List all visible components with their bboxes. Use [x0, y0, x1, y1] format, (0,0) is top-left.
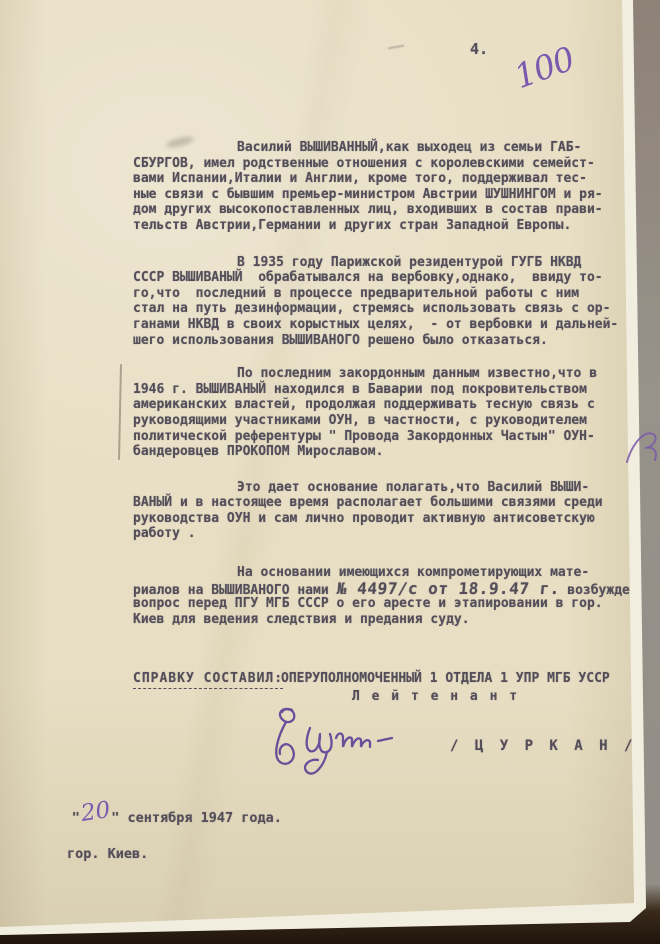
scanned-document: 4. 100 Василий ВЫШИВАННЫЙ,как выходец из… — [0, 0, 660, 944]
text-line: вами Испании,Италии и Англии, кроме того… — [133, 171, 633, 187]
handwritten-day: 20 — [79, 797, 112, 827]
text-line: Василий ВЫШИВАННЫЙ,как выходец из семьи … — [133, 140, 633, 156]
document-page: 4. 100 Василий ВЫШИВАННЫЙ,как выходец из… — [0, 0, 660, 944]
dateline: "20" сентября 1947 года. гор. Киев. — [23, 786, 282, 894]
text-line: работу . — [133, 526, 633, 542]
text-line: Это дает основание полагать,что Василий … — [133, 480, 633, 496]
month-year: сентября 1947 года. — [119, 810, 282, 826]
paragraph: В 1935 году Парижской резидентурой ГУГБ … — [133, 255, 633, 349]
text-line: дом других высокопоставленных лиц, входи… — [133, 202, 633, 218]
text-line: 1946 г. ВЫШИВАНЫЙ находился в Баварии по… — [133, 382, 633, 398]
officer-position: ОПЕРУПОЛНОМОЧЕННЫЙ 1 ОТДЕЛА 1 УПР МГБ УС… — [281, 671, 610, 686]
pencil-dash-mark — [388, 45, 404, 50]
text-line: тельств Австрии,Германии и других стран … — [133, 218, 633, 234]
text-line: шего использования ВЫШИВАНОГО решено был… — [133, 333, 633, 349]
text-line: Киев для ведения следствия и предания су… — [133, 612, 633, 628]
text-line: По последним закордонным данным известно… — [133, 366, 633, 382]
text-line: В 1935 году Парижской резидентурой ГУГБ … — [133, 255, 633, 271]
text-line: руководящими участниками ОУН, в частност… — [133, 413, 633, 429]
text-line: СССР ВЫШИВАНЫЙ обрабатывался на вербовку… — [133, 270, 633, 286]
city-line: гор. Киев. — [67, 846, 282, 862]
typewritten-body: Василий ВЫШИВАННЫЙ,как выходец из семьи … — [133, 140, 633, 648]
text-line: ганами НКВД в своих корыстных целях, - о… — [133, 317, 633, 333]
text-line: ВАНЫЙ и в настоящее время располагает бо… — [133, 495, 633, 511]
typed-surname: / Ц У Р К А Н /.- — [450, 738, 660, 754]
margin-pencil-line — [118, 364, 122, 460]
compiled-by-label: СПРАВКУ СОСТАВИЛ: — [133, 671, 283, 689]
paragraph: Это дает основание полагать,что Василий … — [133, 480, 633, 542]
paragraph: Василий ВЫШИВАННЫЙ,как выходец из семьи … — [133, 140, 633, 234]
paragraph: По последним закордонным данным известно… — [133, 366, 633, 460]
paragraph: На основании имеющихся компрометирующих … — [133, 565, 633, 627]
text-line: стал на путь дезинформации, стремясь исп… — [133, 301, 633, 317]
text-line: риалов на ВЫШИВАНОГО нами № 4497/с от 18… — [133, 581, 633, 597]
text-line: СБУРГОВ, имел родственные отношения с ко… — [133, 156, 633, 172]
handwritten-signature — [270, 700, 405, 788]
handwritten-folio-number: 100 — [509, 39, 579, 96]
page-number: 4. — [470, 40, 488, 58]
text-line: политической референтуры " Провода Закор… — [133, 429, 633, 445]
text-line: ные связи с бывшим премьер-министром Авс… — [133, 187, 633, 203]
text-line: бандеровцев ПРОКОПОМ Мирославом. — [133, 444, 633, 460]
purple-margin-mark — [624, 420, 660, 470]
text-line: американских властей, продолжая поддержи… — [133, 397, 633, 413]
text-line: вопрос перед ПГУ МГБ СССР о его аресте и… — [133, 596, 633, 612]
text-line: го,что последний в процессе предваритель… — [133, 286, 633, 302]
text-line: руководства ОУН и сам лично проводит акт… — [133, 511, 633, 527]
open-quote: " — [72, 810, 80, 826]
